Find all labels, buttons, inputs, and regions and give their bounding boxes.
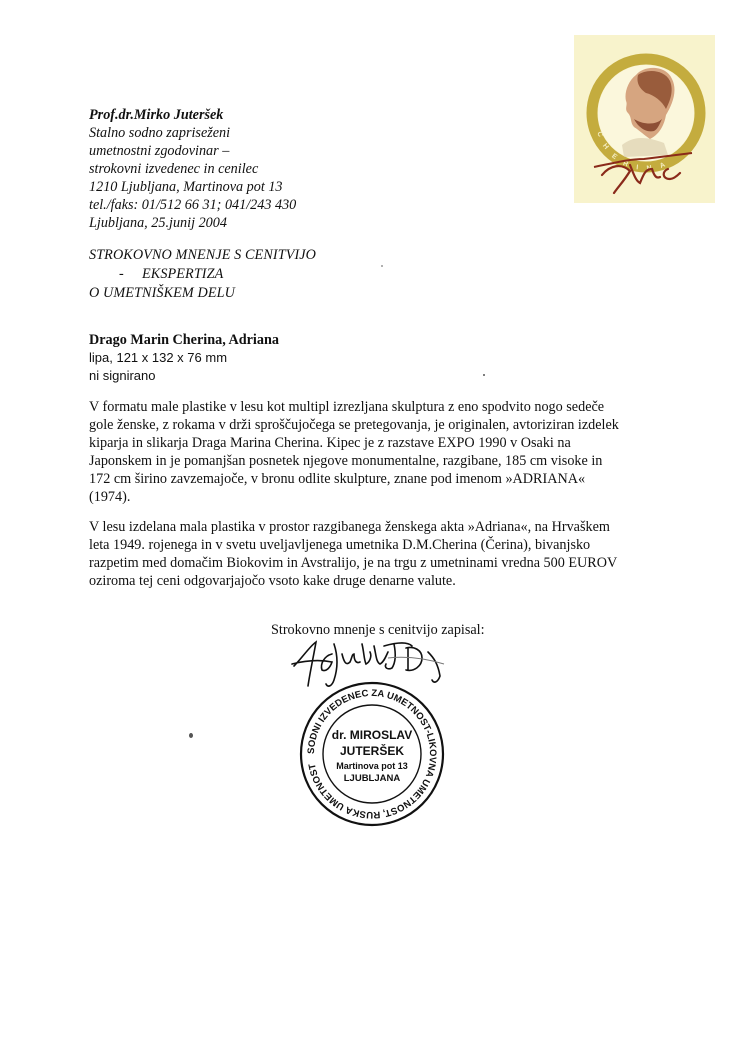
paragraph-line: Japonskem in je pomanjšan posnetek njego… <box>89 452 729 470</box>
author-address: 1210 Ljubljana, Martinova pot 13 <box>89 178 296 196</box>
stamp-name-line-2: JUTERŠEK <box>340 743 404 758</box>
title-dash: - <box>119 265 142 284</box>
portrait-medallion-icon: CHERINA <box>574 35 715 203</box>
author-title-line: umetnostni zgodovinar – <box>89 142 296 160</box>
artwork-signature-status: ni signirano <box>89 367 279 385</box>
title-line-1: STROKOVNO MNENJE S CENITVIJO <box>89 246 316 265</box>
author-title-line: strokovni izvedenec in cenilec <box>89 160 296 178</box>
artwork-dimensions: lipa, 121 x 132 x 76 mm <box>89 349 279 367</box>
artwork-title: Drago Marin Cherina, Adriana <box>89 331 279 349</box>
scan-speck <box>483 374 485 376</box>
description-paragraph: V formatu male plastike v lesu kot multi… <box>89 398 729 506</box>
paragraph-line: (1974). <box>89 488 729 506</box>
official-stamp: SODNI IZVEDENEC ZA UMETNOST-LIKOVNA UMET… <box>298 680 446 828</box>
letterhead: Prof.dr.Mirko Juteršek Stalno sodno zapr… <box>89 106 296 232</box>
scan-speck <box>189 733 193 738</box>
document-date: Ljubljana, 25.junij 2004 <box>89 214 296 232</box>
author-title-line: Stalno sodno zapriseženi <box>89 124 296 142</box>
stamp-city: LJUBLJANA <box>344 773 401 784</box>
document-title: STROKOVNO MNENJE S CENITVIJO -EKSPERTIZA… <box>89 246 316 303</box>
title-line-2-text: EKSPERTIZA <box>142 266 223 282</box>
author-name: Prof.dr.Mirko Juteršek <box>89 106 296 124</box>
paragraph-line: gole ženske, z rokama v drži sproščujoče… <box>89 416 729 434</box>
scan-speck <box>381 265 383 267</box>
paragraph-line: razpetim med domačim Biokovim in Avstral… <box>89 554 729 572</box>
paragraph-line: oziroma tej ceni odgovarjajočo vsoto kak… <box>89 572 729 590</box>
stamp-name-line-1: dr. MIROSLAV <box>332 728 412 742</box>
stamp-address: Martinova pot 13 <box>336 761 408 771</box>
valuation-paragraph: V lesu izdelana mala plastika v prostor … <box>89 518 729 590</box>
paragraph-line: leta 1949. rojenega in v svetu uveljavlj… <box>89 536 729 554</box>
paragraph-line: V formatu male plastike v lesu kot multi… <box>89 398 729 416</box>
paragraph-line: V lesu izdelana mala plastika v prostor … <box>89 518 729 536</box>
paragraph-line: 172 cm širino zavzemajoče, v bronu odlit… <box>89 470 729 488</box>
title-line-2: -EKSPERTIZA <box>89 265 316 284</box>
artwork-info: Drago Marin Cherina, Adriana lipa, 121 x… <box>89 331 279 385</box>
paragraph-line: kiparja in slikarja Draga Marina Cherina… <box>89 434 729 452</box>
author-phone: tel./faks: 01/512 66 31; 041/243 430 <box>89 196 296 214</box>
cherina-logo: CHERINA <box>574 35 715 203</box>
title-line-3: O UMETNIŠKEM DELU <box>89 284 316 303</box>
